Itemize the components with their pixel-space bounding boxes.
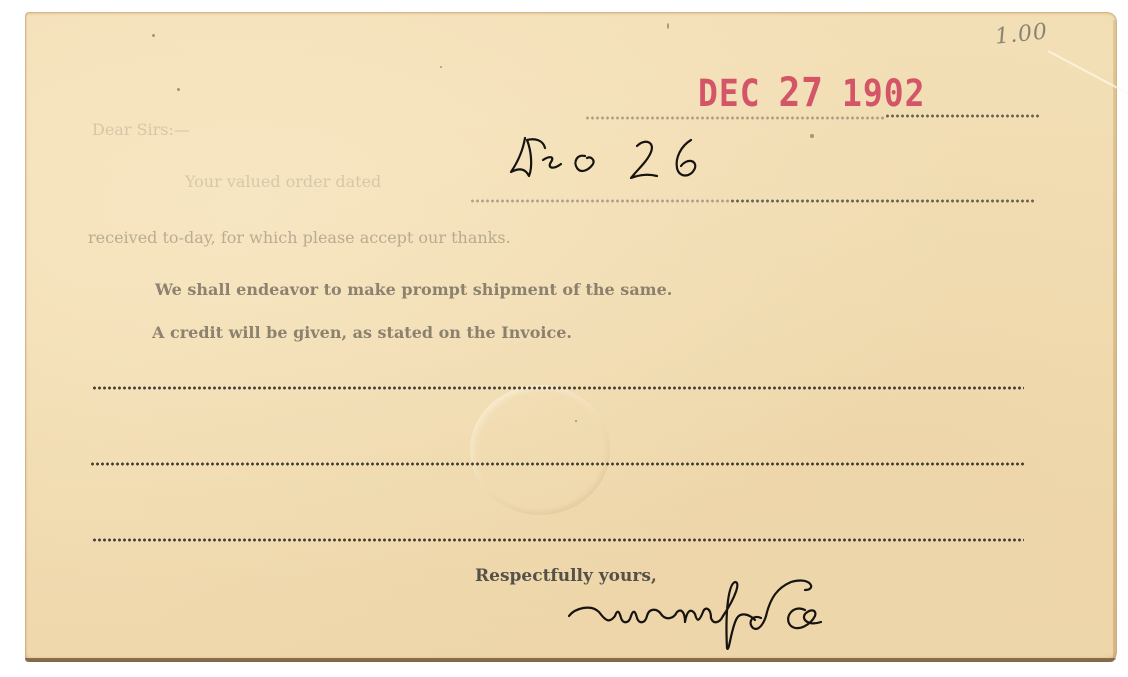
embossed-seal xyxy=(470,385,610,515)
stamp-year: 1902 xyxy=(842,71,925,115)
stamp-day: 27 xyxy=(779,70,824,116)
dotted-rule-header-faint xyxy=(585,116,885,120)
paper-speck xyxy=(440,66,442,68)
order-date-label: Your valued order dated xyxy=(185,172,381,191)
credit-text: A credit will be given, as stated on the… xyxy=(152,323,572,342)
handwritten-date-glyphs: Dec 26 xyxy=(505,128,715,188)
order-date-dotted-rule-faint xyxy=(470,199,730,203)
blank-dotted-line-1 xyxy=(92,386,1024,390)
dotted-rule-header xyxy=(885,114,1040,118)
date-stamp: DEC271902 xyxy=(698,70,925,116)
handwritten-signature: Mont.g Co xyxy=(565,568,885,663)
order-date-dotted-rule xyxy=(730,199,1035,203)
signature-glyphs: Mont.g Co xyxy=(565,568,885,658)
paper-speck xyxy=(152,34,155,37)
paper-speck xyxy=(810,134,814,138)
received-text: received to-day, for which please accept… xyxy=(88,228,511,247)
card-edge-right xyxy=(1113,20,1116,660)
stamp-month: DEC xyxy=(698,71,761,115)
paper-speck xyxy=(667,23,669,29)
blank-dotted-line-3 xyxy=(92,538,1024,542)
paper-speck xyxy=(177,88,180,91)
salutation: Dear Sirs:— xyxy=(92,120,190,139)
handwritten-order-date: Dec 26 xyxy=(505,128,715,193)
blank-dotted-line-2 xyxy=(90,462,1024,466)
shipment-text: We shall endeavor to make prompt shipmen… xyxy=(155,280,672,299)
